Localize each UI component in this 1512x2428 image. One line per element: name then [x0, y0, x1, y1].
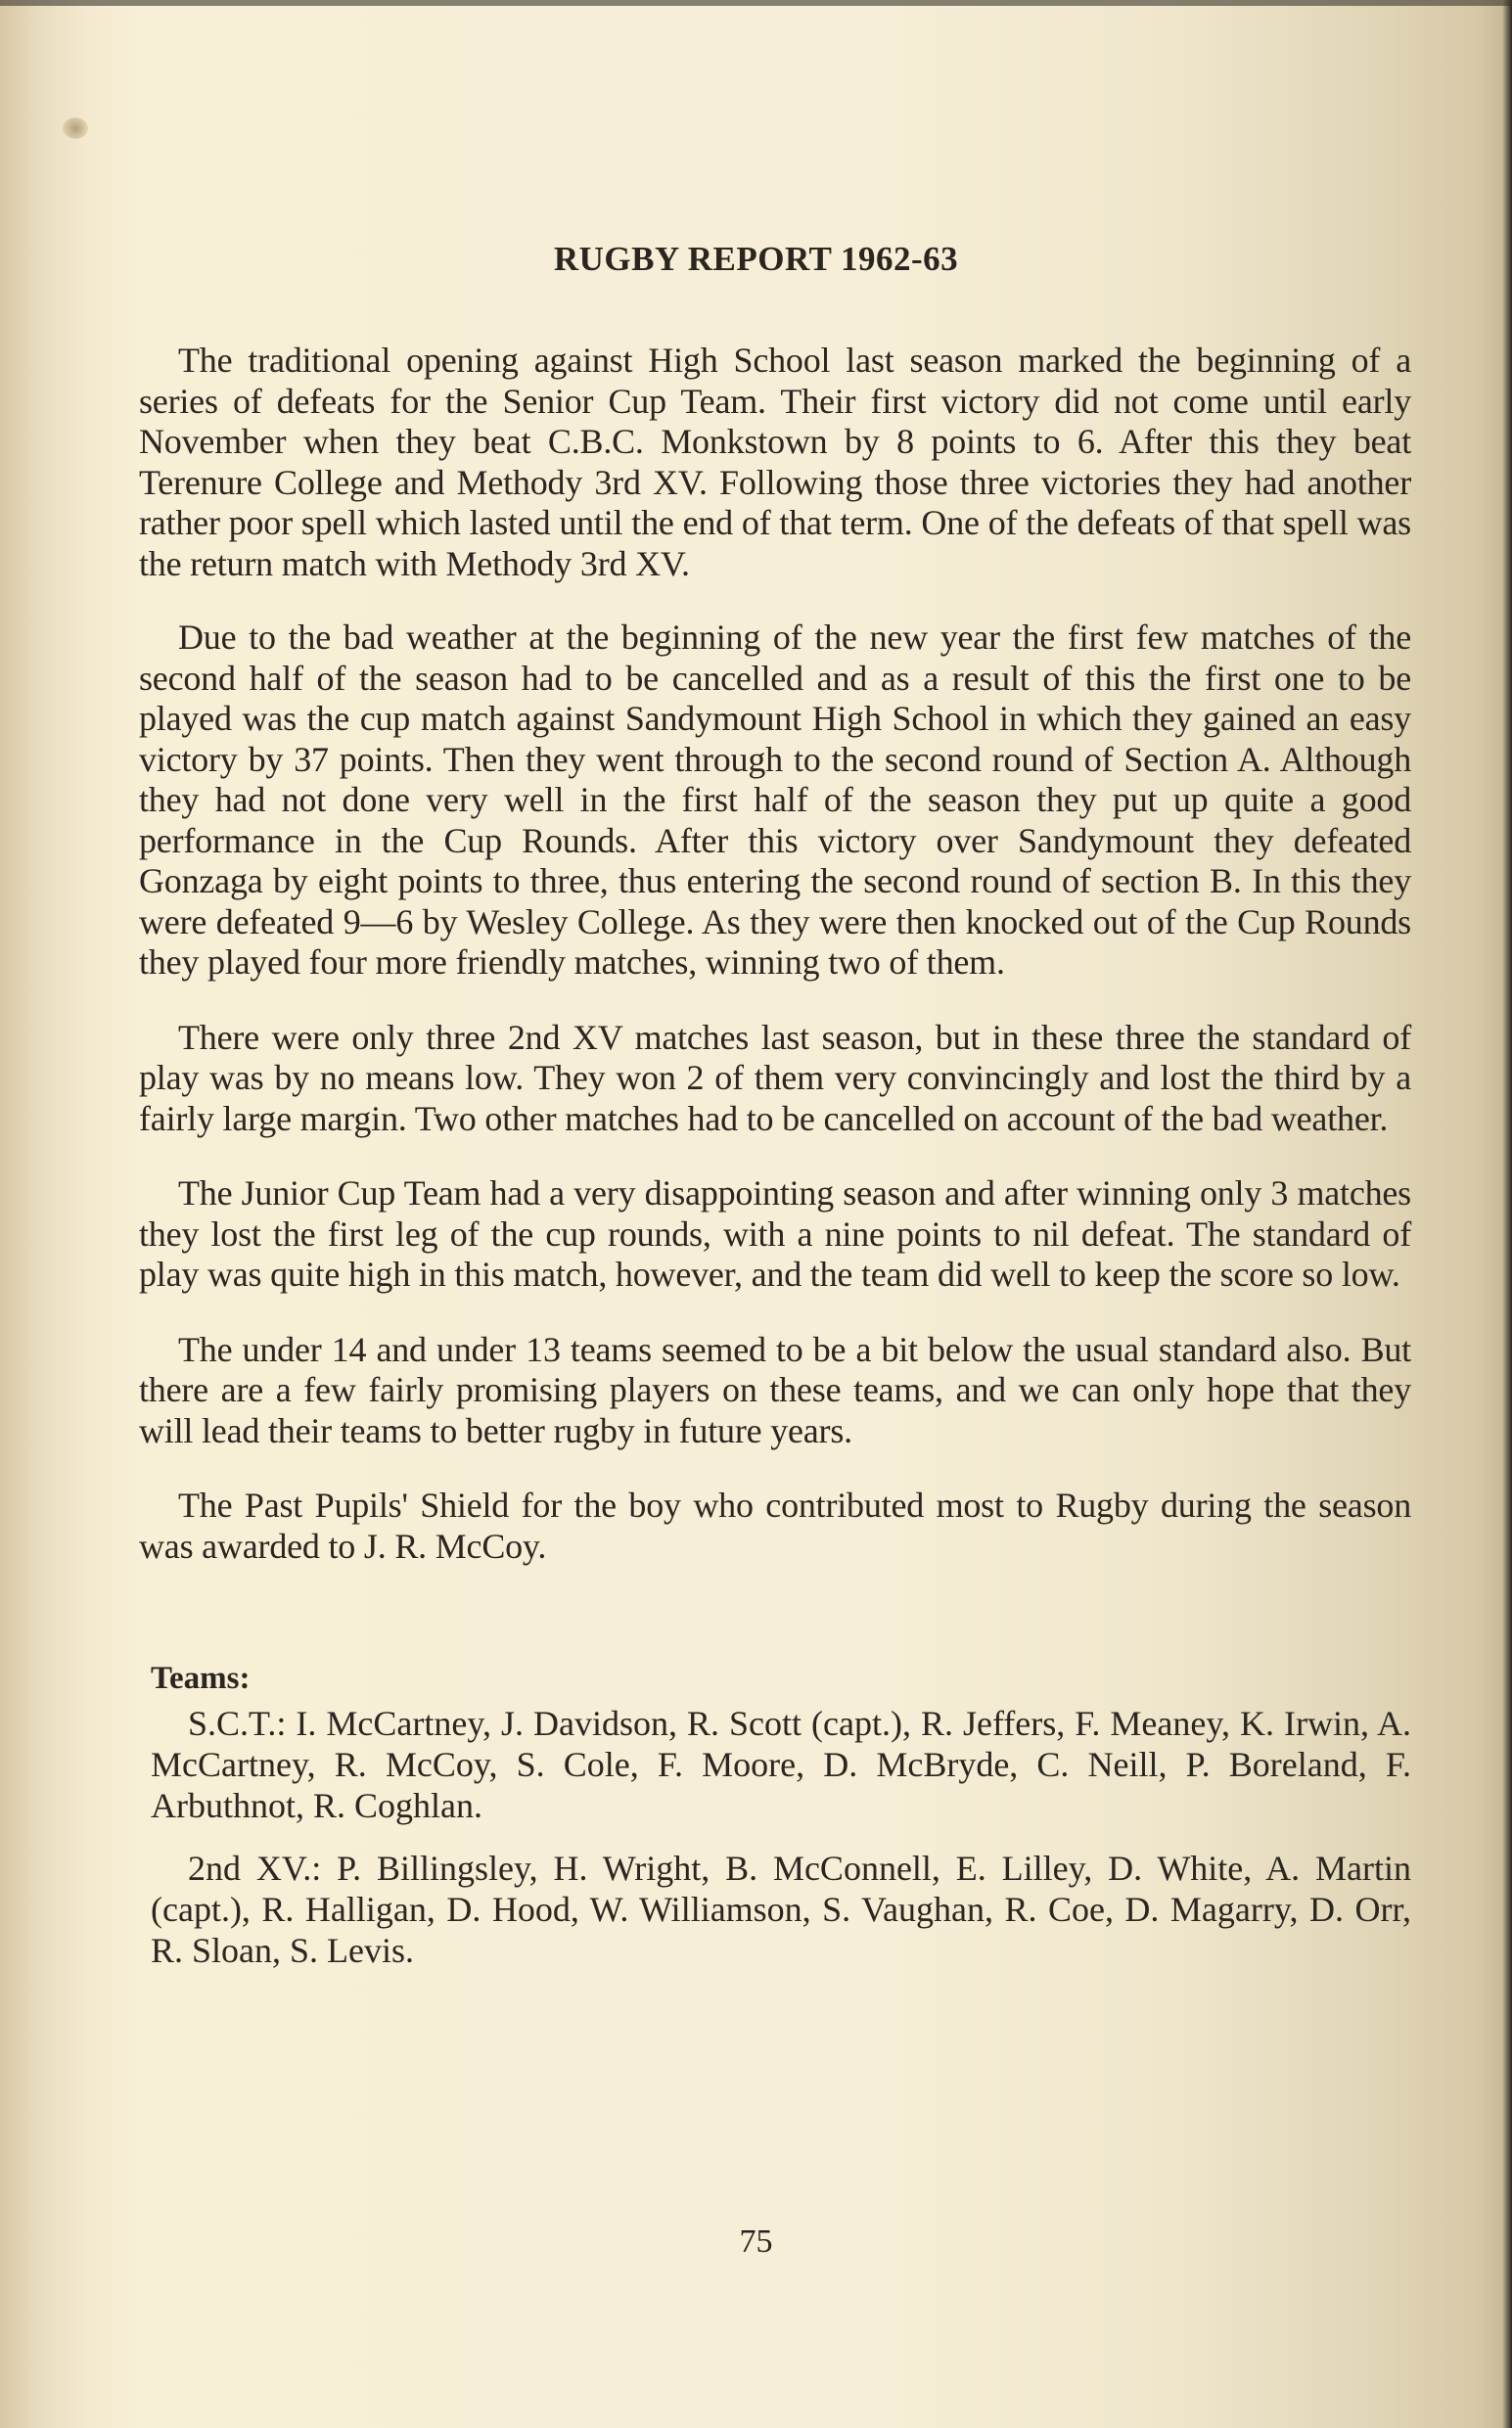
team-label: S.C.T.:	[188, 1704, 286, 1743]
team-players: P. Billingsley, H. Wright, B. McConnell,…	[151, 1849, 1411, 1970]
team-label: 2nd XV.:	[188, 1849, 321, 1888]
paragraph-junior-cup: The Junior Cup Team had a very disappoin…	[139, 1173, 1411, 1296]
teams-heading: Teams:	[151, 1661, 1411, 1697]
team-list-2nd-xv: 2nd XV.: P. Billingsley, H. Wright, B. M…	[151, 1848, 1411, 1971]
paragraph-cup-rounds: Due to the bad weather at the beginning …	[139, 618, 1411, 984]
page-number: 75	[0, 2223, 1512, 2261]
book-page: RUGBY REPORT 1962-63 The traditional ope…	[0, 0, 1512, 2428]
paragraph-2nd-xv: There were only three 2nd XV matches las…	[139, 1018, 1411, 1140]
page-title: RUGBY REPORT 1962-63	[0, 240, 1512, 279]
team-list-sct: S.C.T.: I. McCartney, J. Davidson, R. Sc…	[151, 1703, 1411, 1826]
paragraph-past-pupils-shield: The Past Pupils' Shield for the boy who …	[139, 1486, 1411, 1567]
report-body: The traditional opening against High Sch…	[139, 341, 1411, 1993]
team-players: I. McCartney, J. Davidson, R. Scott (cap…	[151, 1704, 1411, 1825]
paragraph-senior-cup: The traditional opening against High Sch…	[139, 341, 1411, 584]
paragraph-under-14-13: The under 14 and under 13 teams seemed t…	[139, 1330, 1411, 1452]
paper-stain	[63, 117, 88, 139]
